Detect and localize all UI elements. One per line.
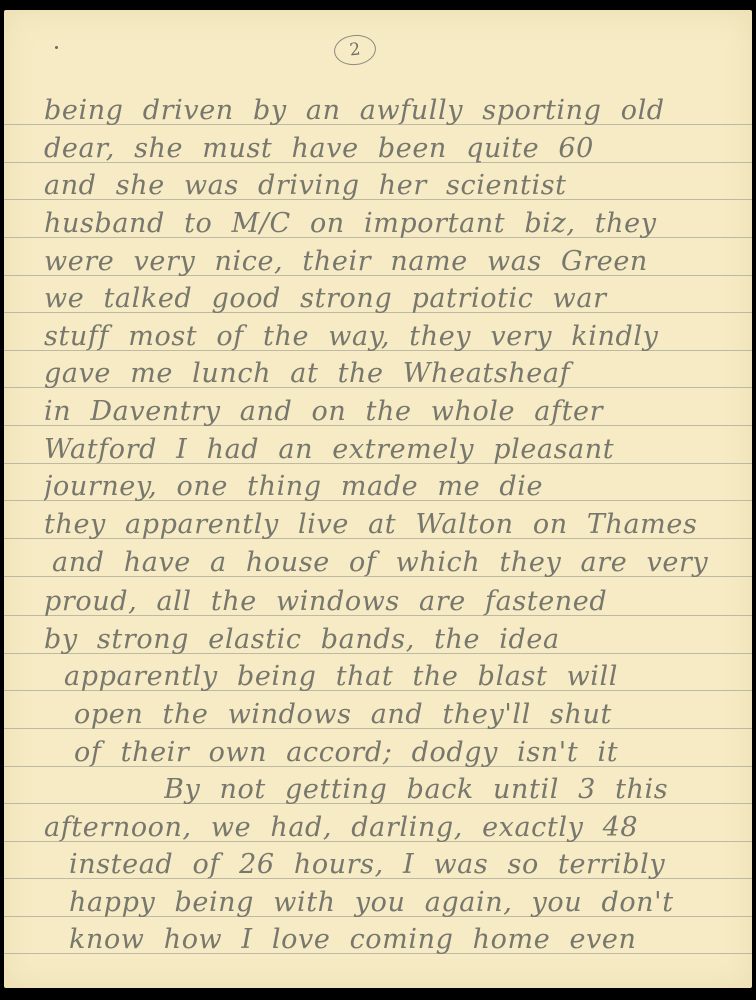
- handwritten-line: in Daventry and on the whole after: [44, 397, 732, 427]
- handwritten-line: happy being with you again, you don't: [69, 888, 732, 918]
- handwritten-line: proud, all the windows are fastened: [44, 587, 732, 617]
- handwritten-line: they apparently live at Walton on Thames: [44, 510, 732, 540]
- handwritten-line: we talked good strong patriotic war: [44, 284, 732, 314]
- handwritten-line: stuff most of the way, they very kindly: [44, 322, 732, 352]
- handwritten-line: husband to M/C on important biz, they: [44, 209, 732, 239]
- page-number: 2: [333, 33, 378, 67]
- handwritten-line: gave me lunch at the Wheatsheaf: [44, 359, 732, 389]
- handwritten-line: by strong elastic bands, the idea: [44, 625, 732, 655]
- handwritten-line: instead of 26 hours, I was so terribly: [69, 850, 732, 880]
- letter-page: 2 being driven by an awfully sporting ol…: [4, 10, 752, 988]
- handwritten-line: By not getting back until 3 this: [164, 775, 732, 805]
- handwritten-line: dear, she must have been quite 60: [44, 134, 732, 164]
- handwritten-line: and she was driving her scientist: [44, 171, 732, 201]
- handwritten-line: afternoon, we had, darling, exactly 48: [44, 813, 732, 843]
- handwritten-line: journey, one thing made me die: [44, 472, 732, 502]
- handwritten-line: Watford I had an extremely pleasant: [44, 435, 732, 465]
- handwritten-line: open the windows and they'll shut: [74, 700, 732, 730]
- handwritten-line: know how I love coming home even: [69, 925, 732, 955]
- handwritten-line: of their own accord; dodgy isn't it: [74, 738, 732, 768]
- handwritten-line: and have a house of which they are very: [52, 548, 732, 578]
- handwritten-line: being driven by an awfully sporting old: [44, 96, 732, 126]
- ink-speck: [55, 46, 58, 49]
- handwritten-line: were very nice, their name was Green: [44, 247, 732, 277]
- handwritten-line: apparently being that the blast will: [64, 662, 732, 692]
